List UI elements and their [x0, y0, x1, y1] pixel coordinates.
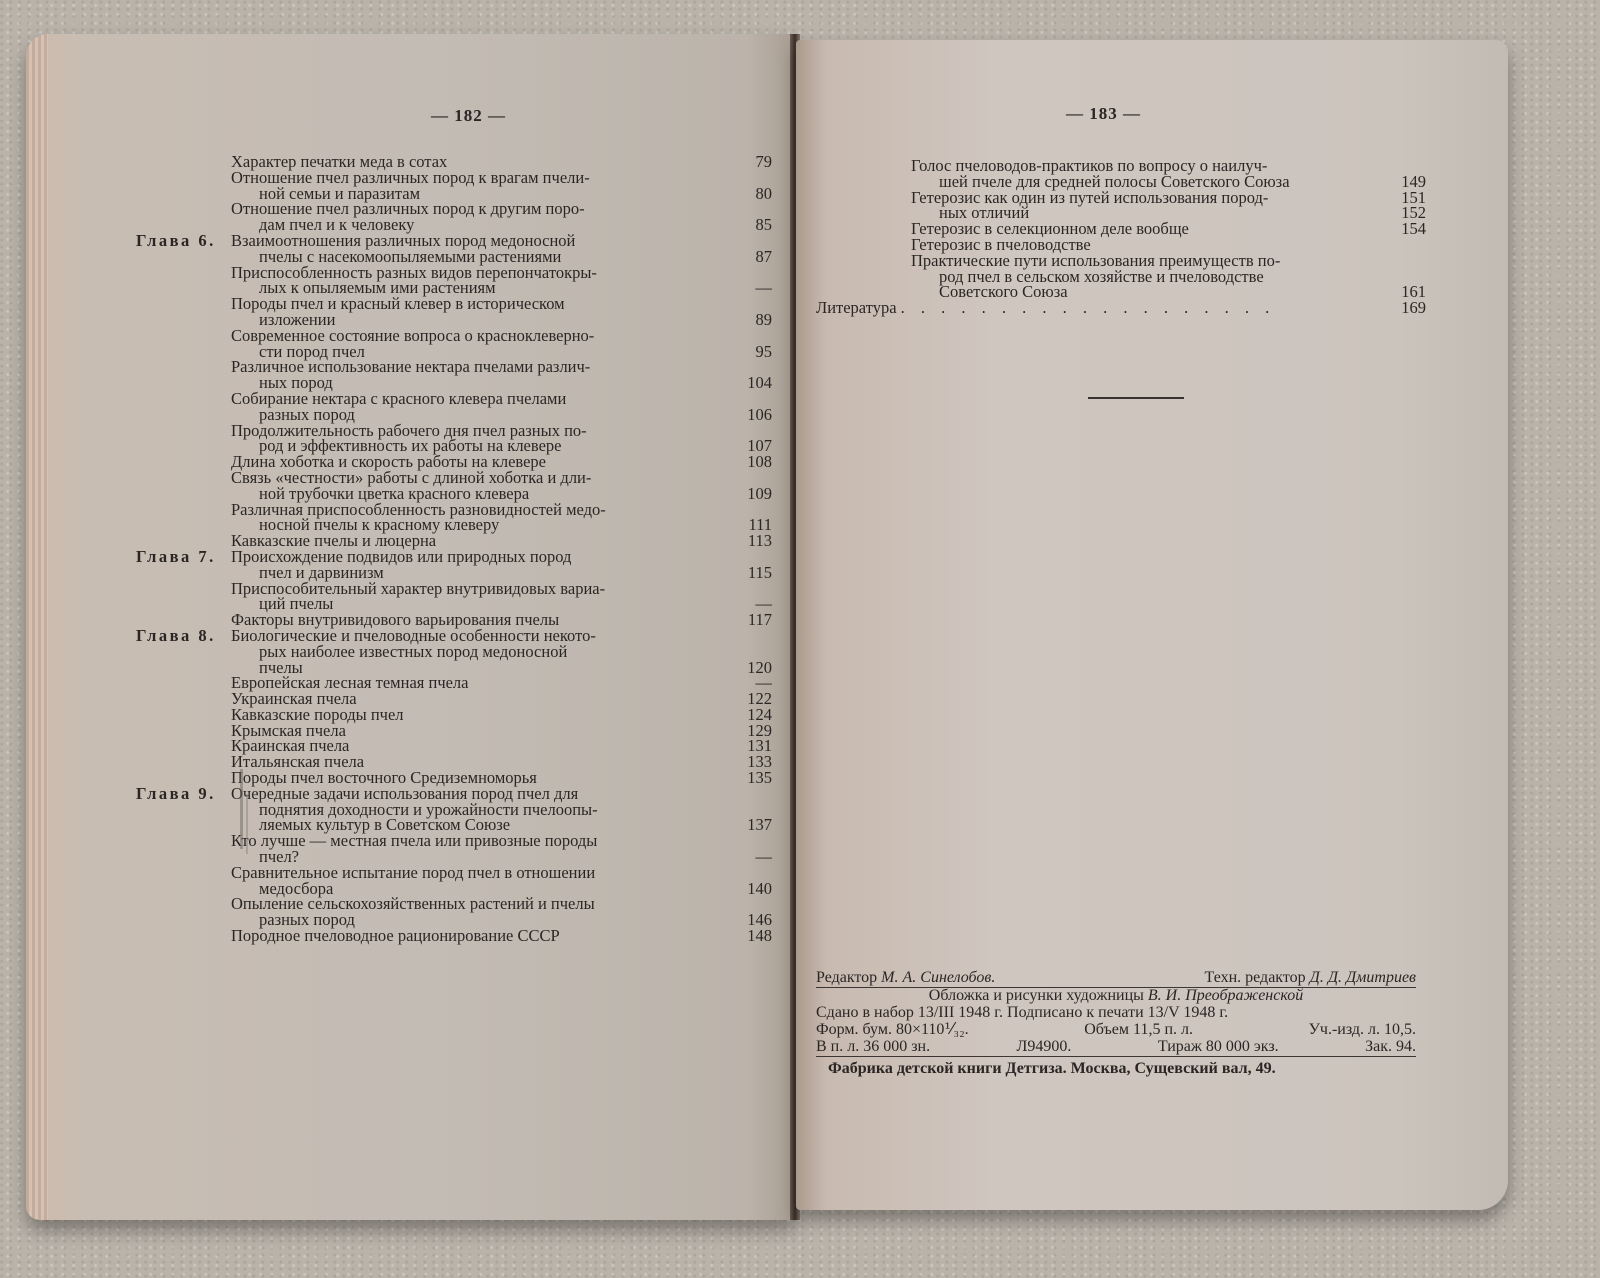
- license-code: Л94900.: [1017, 1039, 1072, 1055]
- toc-entry-title: Кто лучше — местная пчела или привозные …: [231, 833, 720, 865]
- dot-leader: . . . . . . . . . . . . . . . . . . .: [901, 298, 1276, 317]
- printer-line: Фабрика детской книги Детгиза. Москва, С…: [816, 1061, 1416, 1077]
- right-page: — 183 — Голос пчеловодов-практиков по во…: [796, 40, 1508, 1210]
- toc-entry-title: Очередные задачи использования пород пче…: [231, 786, 720, 833]
- pencil-mark: [240, 769, 243, 849]
- format-edition-sheets: Уч.-изд. л. 10,5.: [1309, 1022, 1416, 1038]
- toc-entry-body: Биологические и пчеловодные особенности …: [231, 628, 772, 675]
- toc-entry-title: Происхождение подвидов или природных пор…: [231, 549, 720, 581]
- toc-entry-body: Породы пчел и красный клевер в историчес…: [231, 296, 772, 328]
- toc-entry: Гетерозис в селекционном деле вообще154: [816, 221, 1426, 237]
- toc-entry-body: Отношение пчел различных пород к врагам …: [231, 170, 772, 202]
- toc-entry: Глава 6.Взаимоотношения различных пород …: [136, 233, 772, 265]
- chapter-label: Глава 9.: [136, 786, 231, 833]
- table-of-contents: Характер печатки меда в сотах79Отношение…: [136, 154, 772, 944]
- page-ref: 89: [728, 312, 772, 328]
- toc-entry: Отношение пчел различных пород к врагам …: [136, 170, 772, 202]
- editor-label: Редактор: [816, 969, 877, 986]
- chapter-label: Глава 6.: [136, 233, 231, 265]
- toc-entry-title: Продолжительность рабочего дня пчел разн…: [231, 423, 720, 455]
- page-ref: 85: [728, 217, 772, 233]
- format-row: Форм. бум. 80×110⅟₃₂. Объем 11,5 п. л. У…: [816, 1022, 1416, 1039]
- toc-entry-body: Происхождение подвидов или природных пор…: [231, 549, 772, 581]
- toc-entry-title: Отношение пчел различных пород к врагам …: [231, 170, 720, 202]
- toc-entry: Связь «честности» работы с длиной хоботк…: [136, 470, 772, 502]
- toc-entry-body: Очередные задачи использования пород пче…: [231, 786, 772, 833]
- toc-entry-title: Собирание нектара с красного клевера пче…: [231, 391, 720, 423]
- page-ref: 113: [728, 533, 772, 549]
- page-ref: 80: [728, 186, 772, 202]
- page-ref: 169: [1382, 300, 1426, 316]
- toc-entry: Породное пчеловодное рационирование СССР…: [136, 928, 772, 944]
- page-ref: 154: [1382, 221, 1426, 237]
- toc-entry-literature: Литература . . . . . . . . . . . . . . .…: [816, 300, 1426, 316]
- chars-per-sheet: В п. л. 36 000 зн.: [816, 1039, 930, 1055]
- toc-entry: Современное состояние вопроса о краснокл…: [136, 328, 772, 360]
- toc-entry-body: Собирание нектара с красного клевера пче…: [231, 391, 772, 423]
- left-page: — 182 — Характер печатки меда в сотах79О…: [26, 34, 796, 1220]
- cover-line: Обложка и рисунки художницы: [929, 987, 1144, 1004]
- toc-entry-body: Голос пчеловодов-практиков по вопросу о …: [911, 158, 1426, 190]
- page-ref: 106: [728, 407, 772, 423]
- print-run: Тираж 80 000 экз.: [1158, 1039, 1279, 1055]
- toc-entry: Глава 9.Очередные задачи использования п…: [136, 786, 772, 833]
- toc-entry-body: Сравнительное испытание пород пчел в отн…: [231, 865, 772, 897]
- toc-entry: Глава 8.Биологические и пчеловодные особ…: [136, 628, 772, 675]
- toc-entry: Сравнительное испытание пород пчел в отн…: [136, 865, 772, 897]
- toc-entry-title: Приспособительный характер внутривидовых…: [231, 581, 720, 613]
- toc-line: Кто лучше — местная пчела или привозные …: [231, 833, 720, 849]
- toc-entry-body: Литература . . . . . . . . . . . . . . .…: [816, 300, 1426, 316]
- toc-entry-title: Породы пчел и красный клевер в историчес…: [231, 296, 720, 328]
- toc-entry-body: Породное пчеловодное рационирование СССР…: [231, 928, 772, 944]
- toc-entry-body: Кто лучше — местная пчела или привозные …: [231, 833, 772, 865]
- print-run-row: В п. л. 36 000 зн. Л94900. Тираж 80 000 …: [816, 1039, 1416, 1057]
- page-ref: 108: [728, 454, 772, 470]
- editor-name: М. А. Синелобов.: [881, 969, 995, 986]
- toc-entry: Различное использование нектара пчелами …: [136, 359, 772, 391]
- toc-entry-body: Различная приспособленность разновидност…: [231, 502, 772, 534]
- page-ref: —: [728, 280, 772, 296]
- tech-editor-label: Техн. редактор: [1205, 969, 1306, 986]
- cover-artist: В. И. Преображенской: [1148, 987, 1303, 1004]
- section-divider: [1088, 397, 1184, 399]
- toc-entry: Гетерозис как один из путей использовани…: [816, 190, 1426, 222]
- toc-entry-body: Продолжительность рабочего дня пчел разн…: [231, 423, 772, 455]
- page-ref: 135: [728, 770, 772, 786]
- toc-entry: Породы пчел и красный клевер в историчес…: [136, 296, 772, 328]
- toc-entry-title: Сравнительное испытание пород пчел в отн…: [231, 865, 720, 897]
- typeset-line: Сдано в набор 13/III 1948 г. Подписано к…: [816, 1005, 1228, 1021]
- toc-entry-body: Приспособленность разных видов перепонча…: [231, 265, 772, 297]
- toc-entry-title: Литература . . . . . . . . . . . . . . .…: [816, 300, 1368, 316]
- page-ref: 109: [728, 486, 772, 502]
- tech-editor-name: Д. Д. Дмитриев: [1310, 969, 1416, 986]
- page-ref: 79: [728, 154, 772, 170]
- toc-entry: Практические пути использования преимуще…: [816, 253, 1426, 300]
- toc-entry-body: Опыление сельскохозяйственных растений и…: [231, 896, 772, 928]
- toc-entry: Глава 7.Происхождение подвидов или приро…: [136, 549, 772, 581]
- toc-entry: Приспособительный характер внутривидовых…: [136, 581, 772, 613]
- open-book: — 182 — Характер печатки меда в сотах79О…: [0, 0, 1600, 1278]
- page-ref: 140: [728, 881, 772, 897]
- page-number: — 182 —: [431, 106, 506, 126]
- page-ref: —: [728, 849, 772, 865]
- toc-entry-title: Породное пчеловодное рационирование СССР: [231, 928, 720, 944]
- toc-entry: Отношение пчел различных пород к другим …: [136, 201, 772, 233]
- typeset-row: Сдано в набор 13/III 1948 г. Подписано к…: [816, 1005, 1416, 1022]
- order-number: Зак. 94.: [1365, 1039, 1416, 1055]
- toc-line: рых наиболее известных пород медоносной: [231, 644, 720, 660]
- page-ref: 148: [728, 928, 772, 944]
- toc-entry-title: Современное состояние вопроса о краснокл…: [231, 328, 720, 360]
- toc-line: Литература: [816, 298, 897, 317]
- toc-entry: Опыление сельскохозяйственных растений и…: [136, 896, 772, 928]
- toc-entry-title: Приспособленность разных видов перепонча…: [231, 265, 720, 297]
- toc-entry: Различная приспособленность разновидност…: [136, 502, 772, 534]
- toc-entry: Голос пчеловодов-практиков по вопросу о …: [816, 158, 1426, 190]
- colophon: Редактор М. А. Синелобов. Техн. редактор…: [816, 970, 1416, 1077]
- page-ref: 117: [728, 612, 772, 628]
- toc-entry-body: Связь «честности» работы с длиной хоботк…: [231, 470, 772, 502]
- toc-entry-title: Практические пути использования преимуще…: [911, 253, 1368, 300]
- page-ref: 115: [728, 565, 772, 581]
- chapter-label: Глава 8.: [136, 628, 231, 675]
- chapter-label: Глава 7.: [136, 549, 231, 581]
- table-of-contents: Голос пчеловодов-практиков по вопросу о …: [816, 158, 1426, 316]
- toc-entry-body: Отношение пчел различных пород к другим …: [231, 201, 772, 233]
- cover-row: Обложка и рисунки художницы В. И. Преобр…: [816, 988, 1416, 1005]
- toc-entry-title: Голос пчеловодов-практиков по вопросу о …: [911, 158, 1368, 190]
- toc-entry: Продолжительность рабочего дня пчел разн…: [136, 423, 772, 455]
- toc-entry: Приспособленность разных видов перепонча…: [136, 265, 772, 297]
- pencil-mark: [246, 794, 248, 854]
- toc-entry-title: Гетерозис как один из путей использовани…: [911, 190, 1368, 222]
- toc-entry-body: Взаимоотношения различных пород медоносн…: [231, 233, 772, 265]
- toc-entry-title: Биологические и пчеловодные особенности …: [231, 628, 720, 675]
- toc-entry-title: Различное использование нектара пчелами …: [231, 359, 720, 391]
- page-ref: 104: [728, 375, 772, 391]
- toc-entry-title: Различная приспособленность разновидност…: [231, 502, 720, 534]
- toc-entry: Кто лучше — местная пчела или привозные …: [136, 833, 772, 865]
- toc-line: Породное пчеловодное рационирование СССР: [231, 928, 720, 944]
- page-number: — 183 —: [1066, 104, 1141, 124]
- toc-entry-title: Взаимоотношения различных пород медоносн…: [231, 233, 720, 265]
- page-ref: 137: [728, 817, 772, 833]
- toc-entry-title: Отношение пчел различных пород к другим …: [231, 201, 720, 233]
- page-ref: 87: [728, 249, 772, 265]
- editors-row: Редактор М. А. Синелобов. Техн. редактор…: [816, 970, 1416, 988]
- toc-entry-body: Современное состояние вопроса о краснокл…: [231, 328, 772, 360]
- toc-entry-title: Опыление сельскохозяйственных растений и…: [231, 896, 720, 928]
- format-volume: Объем 11,5 п. л.: [1084, 1022, 1193, 1038]
- page-ref: 95: [728, 344, 772, 360]
- toc-entry-body: Практические пути использования преимуще…: [911, 253, 1426, 300]
- format-paper: Форм. бум. 80×110⅟₃₂.: [816, 1022, 969, 1038]
- toc-entry: Собирание нектара с красного клевера пче…: [136, 391, 772, 423]
- page-ref: 151 152: [1382, 190, 1426, 222]
- toc-entry-title: Связь «честности» работы с длиной хоботк…: [231, 470, 720, 502]
- toc-entry-body: Гетерозис как один из путей использовани…: [911, 190, 1426, 222]
- toc-entry-body: Различное использование нектара пчелами …: [231, 359, 772, 391]
- toc-entry-body: Приспособительный характер внутривидовых…: [231, 581, 772, 613]
